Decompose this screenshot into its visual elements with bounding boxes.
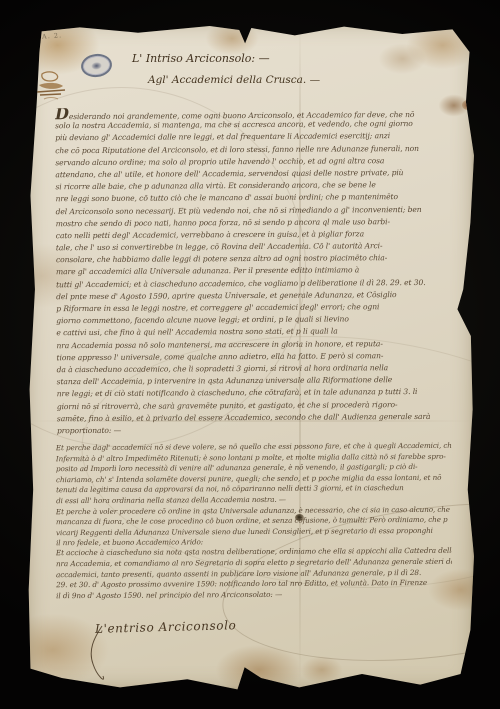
document-heading-recipient: Agl' Accademici della Crusca. — xyxy=(148,74,320,86)
photograph-background: A. 2. L' Intriso Arciconsolo: — Agl' Acc… xyxy=(0,0,500,709)
manuscript-paragraph-1: Desiderando noi grandemente, come ogni b… xyxy=(55,106,453,437)
wax-spot xyxy=(462,100,473,110)
manuscript-paragraph-4: Et accioche à ciascheduno sia nota qsta … xyxy=(56,546,452,602)
manuscript-paper: A. 2. L' Intriso Arciconsolo: — Agl' Acc… xyxy=(26,22,474,690)
manuscript-line: proportionato: — xyxy=(57,423,453,438)
ink-doodle xyxy=(34,68,68,110)
manuscript-paragraph-2: Et perche dagl' accademici nō si deve vo… xyxy=(56,441,452,507)
manuscript-paragraph-3: Et perche à voler procedere cō ordine in… xyxy=(56,505,452,549)
signature: L'entriso Arciconsolo xyxy=(95,618,237,636)
ink-blot xyxy=(295,514,304,521)
document-heading-sender: L' Intriso Arciconsolo: — xyxy=(132,52,270,65)
oval-library-stamp-icon xyxy=(80,52,114,79)
archival-mark: A. 2. xyxy=(42,31,63,40)
